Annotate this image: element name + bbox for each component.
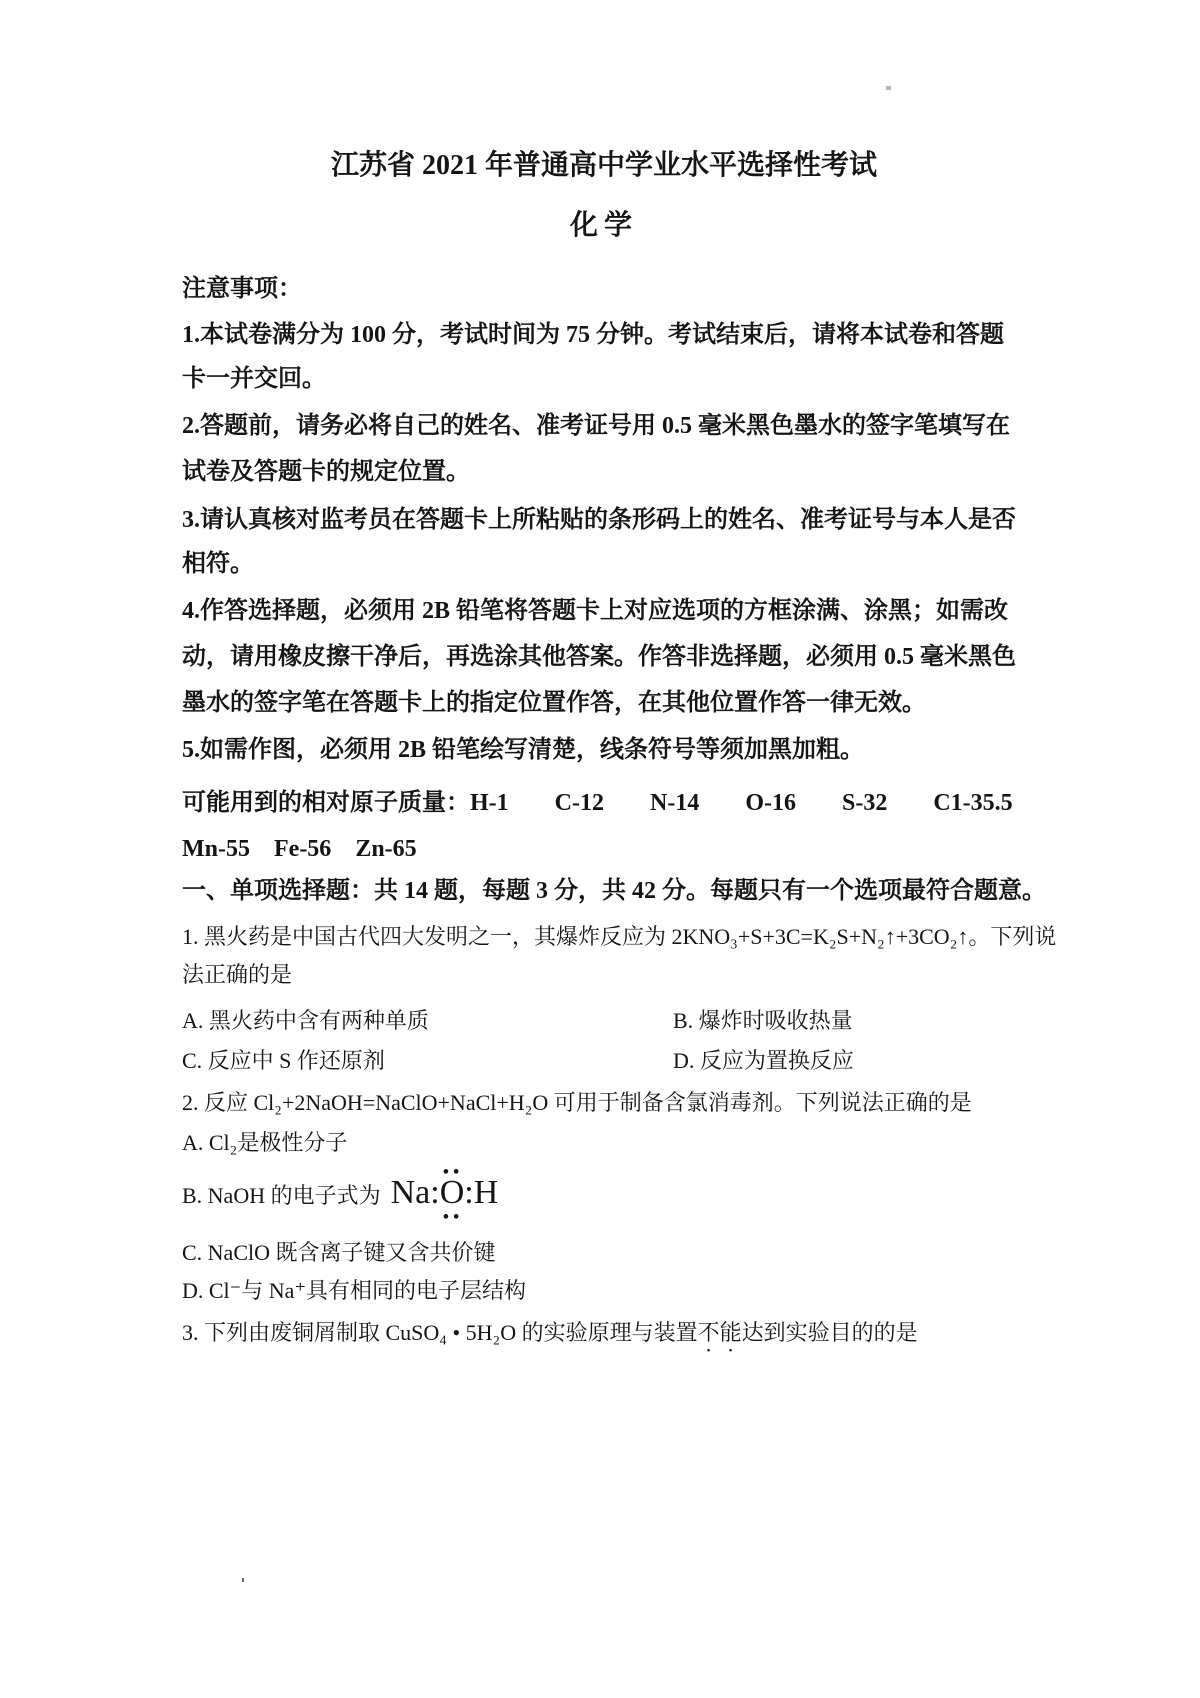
notice-line: 2.答题前，请务必将自己的姓名、准考证号用 0.5 毫米黑色墨水的签字笔填写在: [182, 411, 1026, 441]
atomic-mass-item: S-32: [842, 790, 887, 816]
atomic-mass-item: C-12: [555, 790, 604, 816]
question-1-option-a: A. 黑火药中含有两种单质: [182, 1008, 429, 1033]
question-1-option-b: B. 爆炸时吸收热量: [673, 1006, 853, 1036]
notice-line: 5.如需作图，必须用 2B 铅笔绘写清楚，线条符号等须加黑加粗。: [182, 735, 1026, 765]
atomic-masses-row-2: Mn-55Fe-56Zn-65: [182, 834, 1026, 864]
atomic-mass-item: N-14: [650, 790, 699, 816]
subject-title: 化学: [182, 210, 1026, 242]
atomic-mass-item: Fe-56: [274, 836, 331, 862]
question-2-option-b: B. NaOH 的电子式为Na:••O••:H: [182, 1172, 1026, 1220]
notice-line: 相符。: [182, 549, 1026, 579]
atomic-mass-item: Zn-65: [355, 836, 416, 862]
lone-pair-dots-top: ••: [442, 1166, 463, 1179]
lone-pair-dots-bottom: ••: [442, 1211, 463, 1224]
notice-line: 试卷及答题卡的规定位置。: [182, 457, 1026, 487]
atomic-masses-row-1: 可能用到的相对原子质量：H-1C-12N-14O-16S-32C1-35.5: [182, 788, 1026, 818]
notice-line: 1.本试卷满分为 100 分，考试时间为 75 分钟。考试结束后，请将本试卷和答…: [182, 320, 1026, 350]
question-1-options-row-ab: A. 黑火药中含有两种单质 B. 爆炸时吸收热量: [182, 1006, 1026, 1036]
electron-formula-na: Na: [391, 1174, 431, 1211]
question-1-stem-line-2: 法正确的是: [182, 960, 1026, 990]
electron-formula-o-with-dots: ••O••: [440, 1176, 465, 1210]
question-2-stem: 2. 反应 Cl₂+2NaOH=NaClO+NaCl+H₂O 可用于制备含氯消毒…: [182, 1088, 1026, 1118]
question-3-prefix: 3. 下列由废铜屑制取 CuSO₄ • 5H₂O 的实验原理与装置: [182, 1320, 698, 1345]
notice-line: 卡一并交回。: [182, 364, 1026, 394]
question-1-options-row-cd: C. 反应中 S 作还原剂 D. 反应为置换反应: [182, 1046, 1026, 1076]
question-3-suffix: 达到实验目的的是: [742, 1320, 918, 1345]
electron-formula: Na:••O••:H: [391, 1174, 499, 1211]
atomic-masses-label: 可能用到的相对原子质量：: [182, 790, 470, 816]
atomic-mass-item: C1-35.5: [933, 790, 1012, 816]
question-2-option-b-label: B. NaOH 的电子式为: [182, 1183, 381, 1208]
atomic-mass-item: H-1: [470, 790, 509, 816]
notice-heading: 注意事项：: [182, 274, 1026, 304]
question-2-option-d: D. Cl⁻与 Na⁺具有相同的电子层结构: [182, 1276, 1026, 1306]
exam-paper-page: 江苏省 2021 年普通高中学业水平选择性考试 化学 注意事项： 1.本试卷满分…: [0, 0, 1200, 1698]
question-1-option-c: C. 反应中 S 作还原剂: [182, 1048, 385, 1073]
atomic-mass-item: O-16: [745, 790, 796, 816]
notice-line: 墨水的签字笔在答题卡上的指定位置作答，在其他位置作答一律无效。: [182, 688, 1026, 718]
question-3-stem: 3. 下列由废铜屑制取 CuSO₄ • 5H₂O 的实验原理与装置不能达到实验目…: [182, 1318, 1026, 1357]
electron-formula-colon: :: [430, 1174, 439, 1211]
question-3-emphasized-word: 不能: [698, 1320, 742, 1345]
scan-speck: [242, 1578, 244, 1582]
notice-line: 3.请认真核对监考员在答题卡上所粘贴的条形码上的姓名、准考证号与本人是否: [182, 505, 1026, 535]
question-1-stem-line-1: 1. 黑火药是中国古代四大发明之一，其爆炸反应为 2KNO₃+S+3C=K₂S+…: [182, 922, 1026, 952]
notice-line: 4.作答选择题，必须用 2B 铅笔将答题卡上对应选项的方框涂满、涂黑；如需改: [182, 596, 1026, 626]
question-2-option-c: C. NaClO 既含离子键又含共价键: [182, 1238, 1026, 1268]
atomic-mass-item: Mn-55: [182, 836, 250, 862]
electron-formula-colon: :: [464, 1174, 473, 1211]
notice-line: 动，请用橡皮擦干净后，再选涂其他答案。作答非选择题，必须用 0.5 毫米黑色: [182, 642, 1026, 672]
question-1-option-d: D. 反应为置换反应: [673, 1046, 854, 1076]
question-2-option-a: A. Cl₂是极性分子: [182, 1128, 1026, 1158]
electron-formula-h: H: [474, 1174, 499, 1211]
page-title: 江苏省 2021 年普通高中学业水平选择性考试: [182, 150, 1026, 182]
scan-speck: [886, 86, 891, 90]
section-heading: 一、单项选择题：共 14 题，每题 3 分，共 42 分。每题只有一个选项最符合…: [182, 876, 1026, 906]
